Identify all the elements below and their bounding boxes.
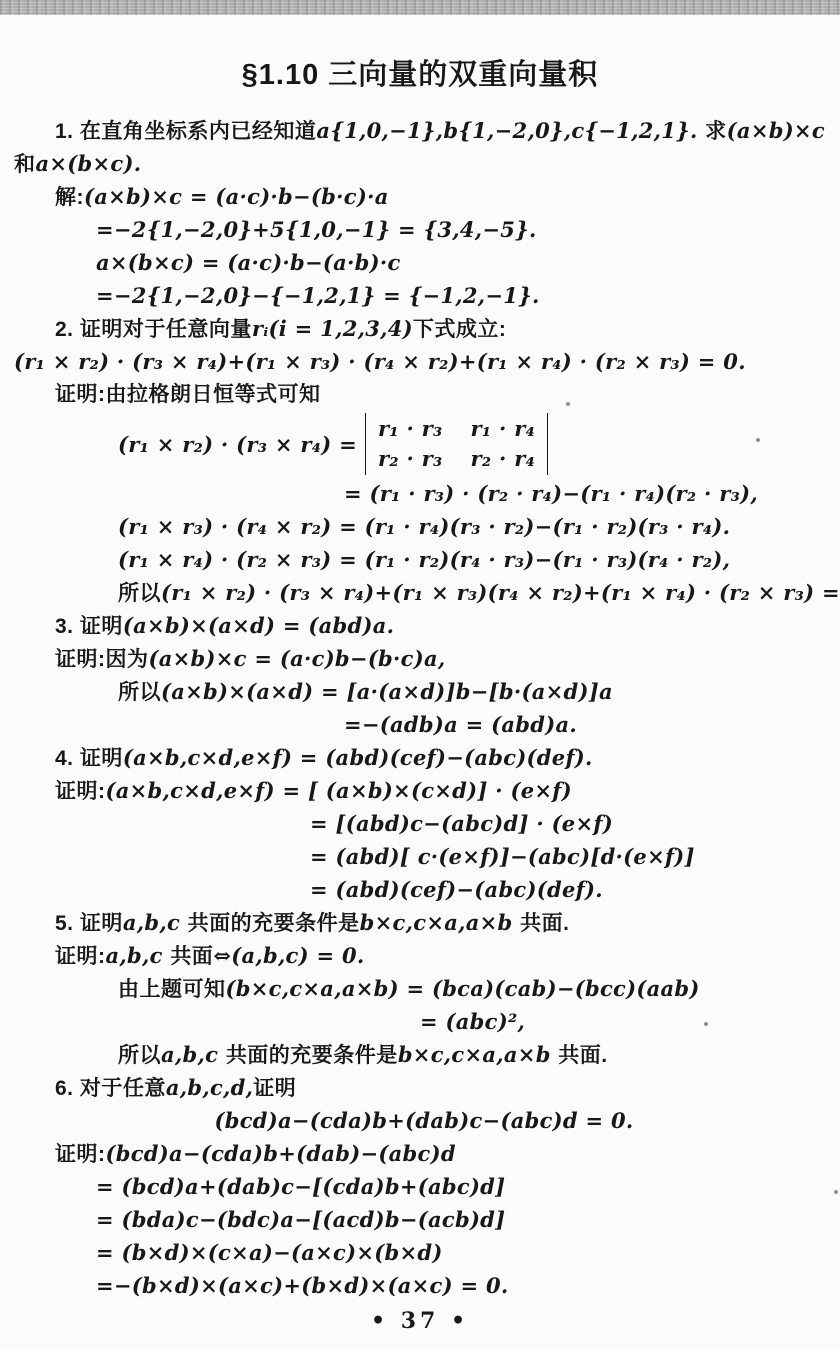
equation-line: = (abd)(cef)−(abc)(def). [310, 873, 834, 906]
chinese-text: 证明: [55, 945, 106, 968]
proof-intro: 证明:由拉格朗日恒等式可知 [55, 378, 834, 411]
math-text: (r₁ × r₂) · (r₃ × r₄)+(r₁ × r₃)(r₄ × r₂)… [161, 580, 840, 605]
solution-step: =−2{1,−2,0}+5{1,0,−1} = {3,4,−5}. [96, 213, 834, 246]
solution-step: 解:(a×b)×c = (a·c)·b−(b·c)·a [55, 180, 834, 213]
math-text: = (abd)(cef)−(abc)(def). [310, 877, 603, 902]
chinese-text: 共面的充要条件是 [188, 912, 360, 935]
equation-line: =−(adb)a = (abd)a. [344, 708, 834, 741]
scan-speck [566, 402, 570, 406]
problem-6-statement: 6. 对于任意a,b,c,d,证明 [55, 1071, 834, 1104]
math-text: b×c,c×a,a×b [398, 1042, 558, 1067]
determinant-cell: r₂ · r₄ [471, 445, 536, 473]
chinese-text: 共面. [558, 1044, 607, 1067]
equation-line: = (b×d)×(c×a)−(a×c)×(b×d) [96, 1236, 834, 1269]
math-text: a,b,c [161, 1042, 226, 1067]
determinant-2x2: r₁ · r₃r₁ · r₄r₂ · r₃r₂ · r₄ [365, 413, 548, 475]
determinant-cell: r₁ · r₃ [378, 415, 443, 443]
page-content: 1. 在直角坐标系内已经知道a{1,0,−1},b{1,−2,0},c{−1,2… [0, 114, 840, 1302]
scan-speck [756, 438, 760, 442]
math-text: (bcd)a−(cda)b+(dab)−(abc)d [106, 1141, 456, 1166]
solution-step: a×(b×c) = (a·c)·b−(a·b)·c [96, 246, 834, 279]
math-text: (bcd)a−(cda)b+(dab)c−(abc)d = 0. [214, 1108, 633, 1133]
math-text: (a×b,c×d,e×f) = [ (a×b)×(c×d)] · (e×f) [106, 778, 572, 803]
math-text: a{1,0,−1},b{1,−2,0},c{−1,2,1}. [316, 118, 705, 143]
math-text: (r₁ × r₃) · (r₄ × r₂) = (r₁ · r₄)(r₃ · r… [118, 514, 730, 539]
problem-2-identity: (r₁ × r₂) · (r₃ × r₄)+(r₁ × r₃) · (r₄ × … [14, 345, 834, 378]
chinese-text: 证明:因为 [55, 648, 149, 671]
math-text: =−(b×d)×(a×c)+(b×d)×(a×c) = 0. [96, 1273, 509, 1298]
math-text: = (b×d)×(c×a)−(a×c)×(b×d) [96, 1240, 443, 1265]
math-text: =−(adb)a = (abd)a. [344, 712, 577, 737]
proof-line: 所以(a×b)×(a×d) = [a·(a×d)]b−[b·(a×d)]a [118, 675, 834, 708]
page-number: • 37 • [0, 1308, 840, 1334]
math-text: = [(abd)c−(abc)d] · (e×f) [310, 811, 613, 836]
math-text: (a×b)×c [727, 118, 825, 143]
math-text: ⇔(a,b,c) = 0. [213, 943, 364, 968]
math-text: a,b,c [123, 910, 188, 935]
math-text: (a×b)×(a×d) = [a·(a×d)]b−[b·(a×d)]a [161, 679, 613, 704]
determinant-cell: r₂ · r₃ [378, 445, 443, 473]
equation-line: 所以(r₁ × r₂) · (r₃ × r₄)+(r₁ × r₃)(r₄ × r… [118, 576, 834, 609]
equation-line: (r₁ × r₃) · (r₄ × r₂) = (r₁ · r₄)(r₃ · r… [118, 510, 834, 543]
equation-line: = (abc)², [420, 1005, 834, 1038]
problem-6-identity: (bcd)a−(cda)b+(dab)c−(abc)d = 0. [14, 1104, 834, 1137]
math-text: (a×b)×c = (a·c)b−(b·c)a, [149, 646, 446, 671]
equation-line: = (bda)c−(bdc)a−[(acd)b−(acb)d] [96, 1203, 834, 1236]
chinese-text: 所以 [118, 1044, 161, 1067]
chinese-text: 4. 证明 [55, 747, 123, 770]
chinese-text: 共面. [520, 912, 569, 935]
scan-edge-band [0, 0, 840, 15]
scan-speck [834, 1190, 838, 1194]
equation-line: =−(b×d)×(a×c)+(b×d)×(a×c) = 0. [96, 1269, 834, 1302]
math-text: a,b,c,d, [166, 1075, 253, 1100]
chinese-text: 6. 对于任意 [55, 1077, 166, 1100]
chinese-text: 证明 [253, 1077, 296, 1100]
chinese-text: 和 [14, 153, 36, 176]
math-text: rᵢ(i = 1,2,3,4) [252, 316, 413, 341]
proof-line: 由上题可知(b×c,c×a,a×b) = (bca)(cab)−(bcc)(aa… [118, 972, 834, 1005]
math-text: b×c,c×a,a×b [360, 910, 520, 935]
problem-1-statement-cont: 和a×(b×c). [14, 147, 834, 180]
chinese-text: 1. 在直角坐标系内已经知道 [55, 120, 316, 143]
chinese-text: 共面的充要条件是 [226, 1044, 398, 1067]
determinant-row: r₂ · r₃r₂ · r₄ [378, 445, 535, 473]
proof-line: 证明:(a×b,c×d,e×f) = [ (a×b)×(c×d)] · (e×f… [55, 774, 834, 807]
proof-line: 证明:(bcd)a−(cda)b+(dab)−(abc)d [55, 1137, 834, 1170]
textbook-page: §1.10 三向量的双重向量积 1. 在直角坐标系内已经知道a{1,0,−1},… [0, 0, 840, 1350]
math-text: (r₁ × r₄) · (r₂ × r₃) = (r₁ · r₂)(r₄ · r… [118, 547, 730, 572]
chinese-text: 3. 证明 [55, 615, 123, 638]
problem-2-statement: 2. 证明对于任意向量rᵢ(i = 1,2,3,4)下式成立: [55, 312, 834, 345]
math-text: = (abd)[ c·(e×f)]−(abc)[d·(e×f)] [310, 844, 695, 869]
equation-line: = (r₁ · r₃) · (r₂ · r₄)−(r₁ · r₄)(r₂ · r… [344, 477, 834, 510]
math-text: = (r₁ · r₃) · (r₂ · r₄)−(r₁ · r₄)(r₂ · r… [344, 481, 758, 506]
chinese-text: 证明: [55, 780, 106, 803]
equation-line: = (bcd)a+(dab)c−[(cda)b+(abc)d] [96, 1170, 834, 1203]
math-text: (a×b,c×d,e×f) = (abd)(cef)−(abc)(def). [123, 745, 593, 770]
problem-1-statement: 1. 在直角坐标系内已经知道a{1,0,−1},b{1,−2,0},c{−1,2… [55, 114, 834, 147]
chinese-text: 由上题可知 [118, 978, 226, 1001]
math-text: (b×c,c×a,a×b) = (bca)(cab)−(bcc)(aab) [226, 976, 700, 1001]
math-text: (r₁ × r₂) · (r₃ × r₄)+(r₁ × r₃) · (r₄ × … [14, 349, 746, 374]
math-text: a,b,c [106, 943, 171, 968]
problem-4-statement: 4. 证明(a×b,c×d,e×f) = (abd)(cef)−(abc)(de… [55, 741, 834, 774]
math-text: =−2{1,−2,0}+5{1,0,−1} = {3,4,−5}. [96, 217, 537, 242]
chinese-text: 证明: [55, 1143, 106, 1166]
determinant-cell: r₁ · r₄ [471, 415, 536, 443]
proof-line: 所以a,b,c 共面的充要条件是b×c,c×a,a×b 共面. [118, 1038, 834, 1071]
equation-line: = (abd)[ c·(e×f)]−(abc)[d·(e×f)] [310, 840, 834, 873]
lagrange-determinant-equation: (r₁ × r₂) · (r₃ × r₄) = r₁ · r₃r₁ · r₄r₂… [118, 411, 834, 477]
math-text: = (abc)², [420, 1009, 525, 1034]
math-text: (a×b)×c = (a·c)·b−(b·c)·a [84, 184, 389, 209]
math-text: (r₁ × r₂) · (r₃ × r₄) = [118, 428, 357, 461]
proof-line: 证明:因为(a×b)×c = (a·c)b−(b·c)a, [55, 642, 834, 675]
equation-line: (r₁ × r₄) · (r₂ × r₃) = (r₁ · r₂)(r₄ · r… [118, 543, 834, 576]
chinese-text: 所以 [118, 681, 161, 704]
chinese-text: 所以 [118, 582, 161, 605]
math-text: a×(b×c). [36, 151, 142, 176]
problem-5-statement: 5. 证明a,b,c 共面的充要条件是b×c,c×a,a×b 共面. [55, 906, 834, 939]
math-text: a×(b×c) = (a·c)·b−(a·b)·c [96, 250, 401, 275]
math-text: = (bda)c−(bdc)a−[(acd)b−(acb)d] [96, 1207, 505, 1232]
math-text: = (bcd)a+(dab)c−[(cda)b+(abc)d] [96, 1174, 505, 1199]
chinese-text: 2. 证明对于任意向量 [55, 318, 252, 341]
math-text: (a×b)×(a×d) = (abd)a. [123, 613, 394, 638]
solution-step: =−2{1,−2,0}−{−1,2,1} = {−1,2,−1}. [96, 279, 834, 312]
chinese-text: 解: [55, 186, 84, 209]
determinant-row: r₁ · r₃r₁ · r₄ [378, 415, 535, 443]
chinese-text: 5. 证明 [55, 912, 123, 935]
scan-speck [704, 1022, 708, 1026]
chinese-text: 共面 [170, 945, 213, 968]
chinese-text: 证明:由拉格朗日恒等式可知 [55, 383, 321, 406]
math-text: =−2{1,−2,0}−{−1,2,1} = {−1,2,−1}. [96, 283, 540, 308]
chinese-text: 求 [705, 120, 727, 143]
proof-line: 证明:a,b,c 共面⇔(a,b,c) = 0. [55, 939, 834, 972]
chinese-text: 下式成立: [413, 318, 507, 341]
problem-3-statement: 3. 证明(a×b)×(a×d) = (abd)a. [55, 609, 834, 642]
section-title: §1.10 三向量的双重向量积 [0, 40, 840, 98]
equation-line: = [(abd)c−(abc)d] · (e×f) [310, 807, 834, 840]
